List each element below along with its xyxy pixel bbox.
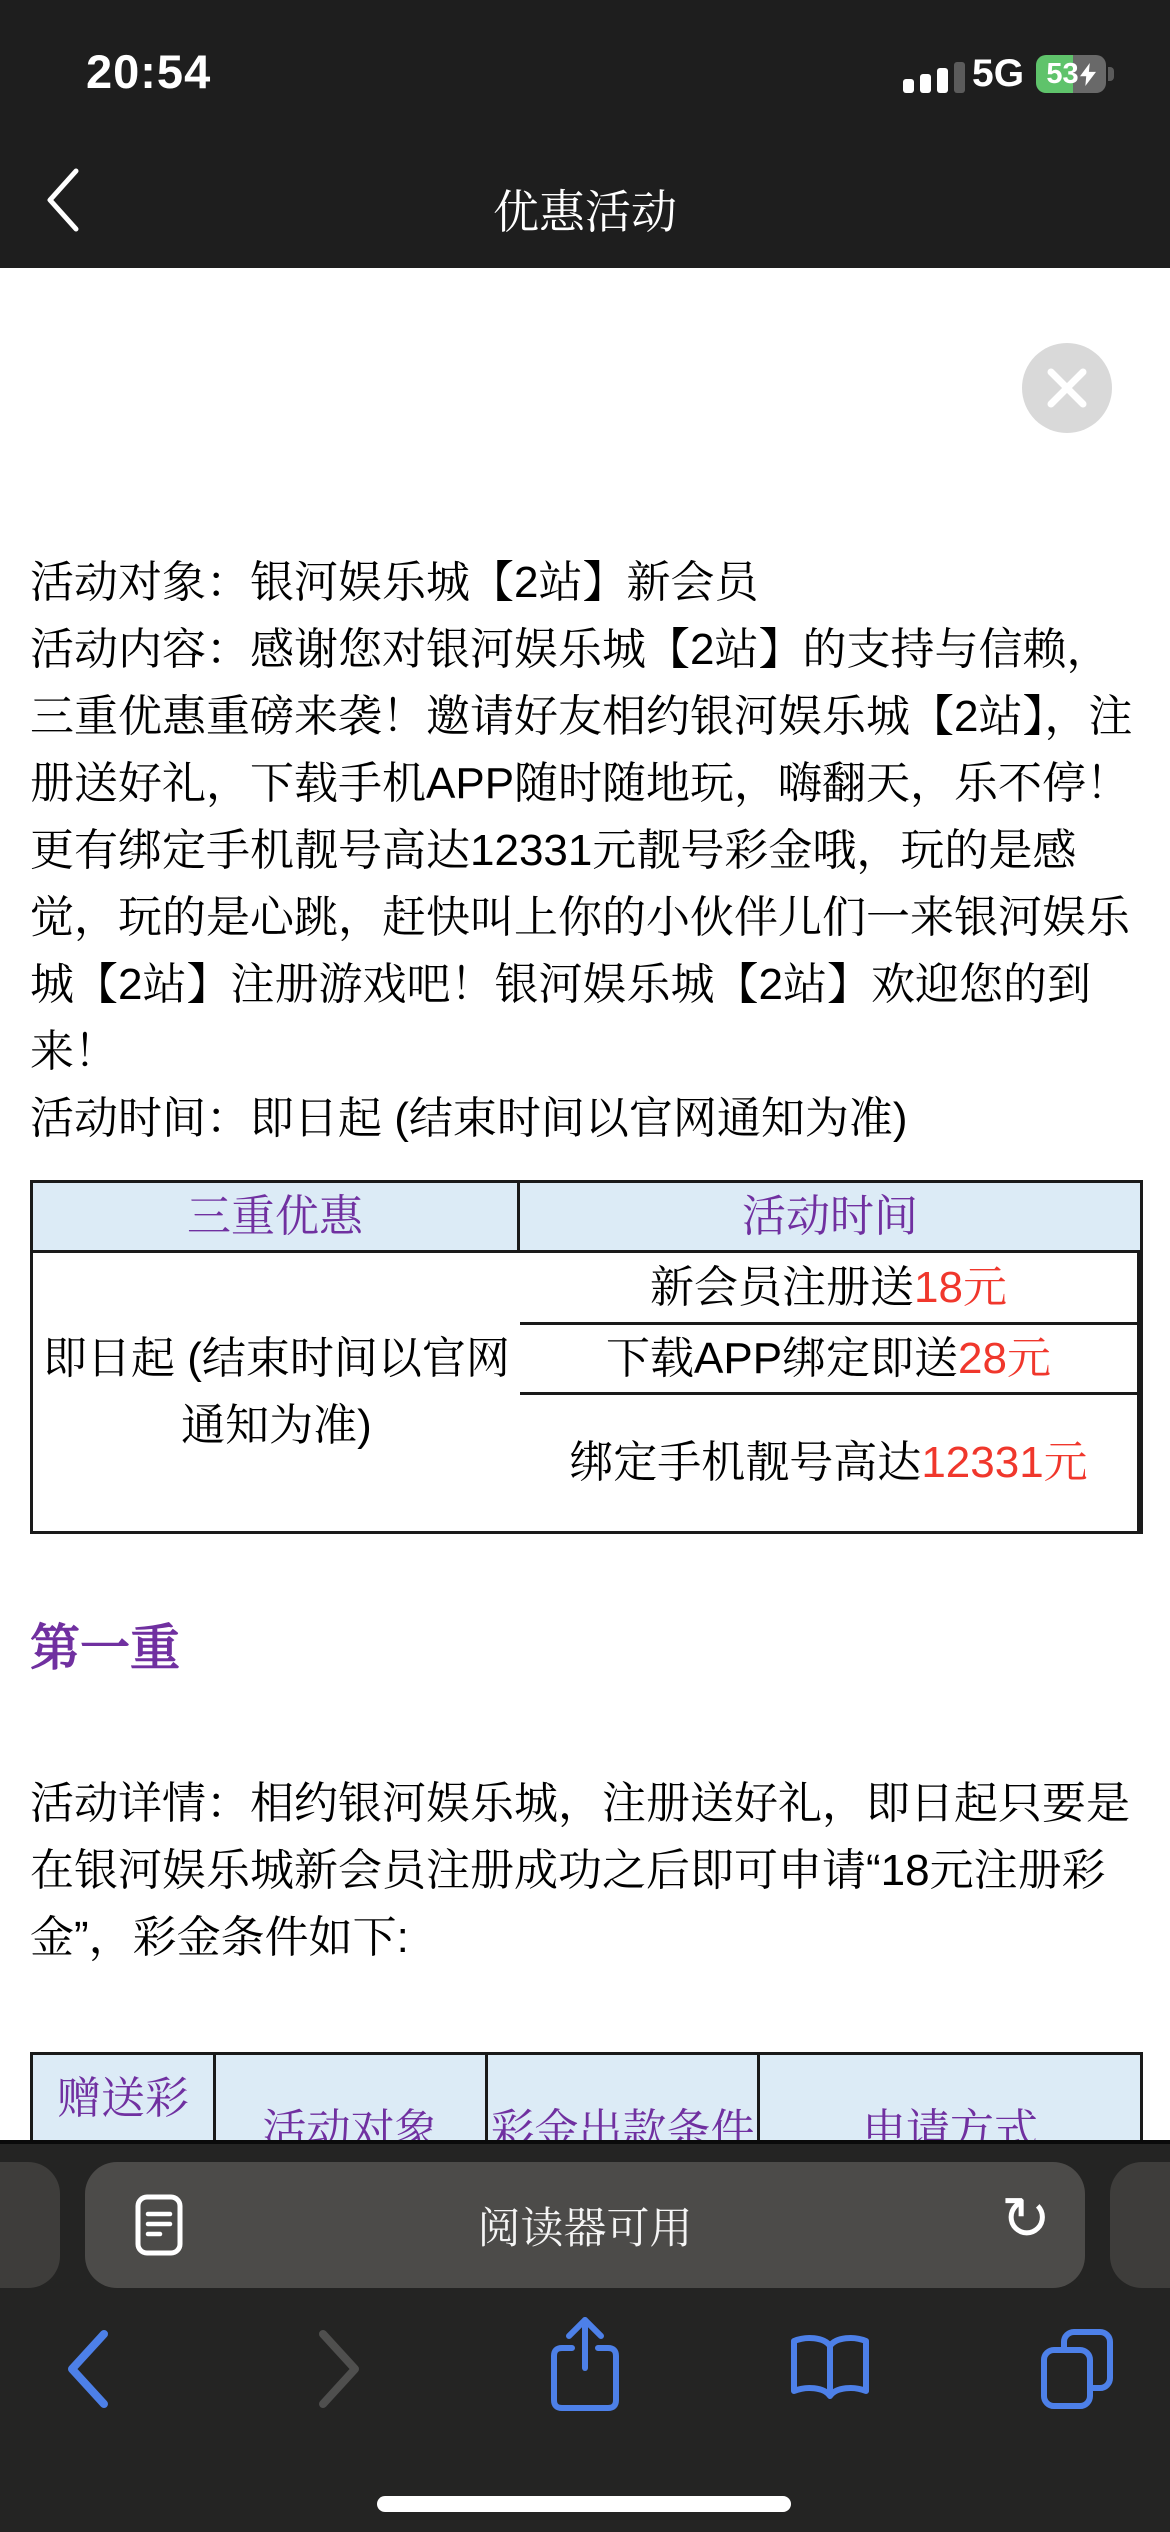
offers-table: 三重优惠 活动时间 新会员注册送18元 即日起 (结束时间以官网通知为准) 下载… — [30, 1180, 1143, 1534]
back-chevron-icon — [56, 2326, 120, 2412]
bookmarks-button[interactable] — [784, 2332, 876, 2411]
bonus-header-apply: 申请方式 — [760, 2055, 1140, 2140]
network-type-label: 5G — [972, 52, 1024, 96]
home-indicator[interactable] — [377, 2496, 791, 2512]
previous-tab-pill[interactable] — [0, 2162, 60, 2288]
reader-available-label: 阅读器可用 — [478, 2195, 693, 2256]
address-bar[interactable]: 阅读器可用 ↻ — [85, 2162, 1085, 2288]
intro-paragraphs: 活动对象：银河娱乐城【2站】新会员 活动内容：感谢您对银河娱乐城【2站】的支持与… — [30, 549, 1142, 1152]
offer-2-text: 下载APP绑定即送 — [606, 1334, 958, 1383]
section-heading: 第一重 — [30, 1608, 180, 1680]
top-bar: 20:54 5G 53 优惠活动 — [0, 0, 1170, 268]
intro-content-line: 活动内容：感谢您对银河娱乐城【2站】的支持与信赖，三重优惠重磅来袭！邀请好友相约… — [30, 616, 1142, 1085]
page-title: 优惠活动 — [0, 176, 1170, 242]
offer-row-2: 下载APP绑定即送28元 — [520, 1325, 1140, 1395]
offer-row-1: 新会员注册送18元 — [520, 1253, 1140, 1325]
reload-button[interactable]: ↻ — [1001, 2184, 1051, 2254]
offer-2-amount: 28元 — [958, 1334, 1051, 1383]
share-button[interactable] — [542, 2312, 628, 2421]
offer-1-text: 新会员注册送 — [650, 1263, 914, 1312]
offer-3-text: 绑定手机靓号高达 — [569, 1438, 921, 1487]
book-icon — [784, 2332, 876, 2406]
battery-nub — [1108, 67, 1114, 81]
web-content: 活动对象：银河娱乐城【2站】新会员 活动内容：感谢您对银河娱乐城【2站】的支持与… — [0, 268, 1170, 2140]
offer-1-amount: 18元 — [914, 1263, 1007, 1312]
bonus-header-withdraw: 彩金出款条件 — [488, 2055, 760, 2140]
safari-bottom-chrome: 阅读器可用 ↻ — [0, 2140, 1170, 2532]
battery-percent: 53 — [1046, 58, 1078, 91]
offers-header-time: 活动时间 — [520, 1183, 1140, 1253]
offers-time-cell: 即日起 (结束时间以官网通知为准) — [33, 1253, 520, 1531]
next-tab-pill[interactable] — [1110, 2162, 1170, 2288]
iphone-screen: 20:54 5G 53 优惠活动 活动对象：银河娱乐城【2站】新会 — [0, 0, 1170, 2532]
forward-button[interactable] — [307, 2326, 371, 2417]
bonus-header-gift: 赠送彩 — [33, 2055, 216, 2140]
cellular-signal-icon — [903, 56, 965, 93]
forward-chevron-icon — [307, 2326, 371, 2412]
close-button[interactable] — [1022, 343, 1112, 433]
tabs-button[interactable] — [1034, 2326, 1120, 2417]
bonus-header-target: 活动对象 — [216, 2055, 488, 2140]
tabs-icon — [1034, 2326, 1120, 2412]
status-time: 20:54 — [86, 44, 211, 99]
offers-header-offer: 三重优惠 — [33, 1183, 520, 1253]
battery-icon: 53 — [1036, 55, 1106, 93]
charging-bolt-icon — [1080, 62, 1096, 87]
section-detail-paragraph: 活动详情：相约银河娱乐城，注册送好礼，即日起只要是在银河娱乐城新会员注册成功之后… — [30, 1770, 1142, 1971]
reader-button[interactable] — [135, 2194, 183, 2261]
share-icon — [542, 2312, 628, 2416]
intro-time-line: 活动时间：即日起 (结束时间以官网通知为准) — [30, 1085, 1142, 1152]
back-button[interactable] — [56, 2326, 120, 2417]
reader-icon — [135, 2194, 183, 2256]
offer-3-amount: 12331元 — [921, 1438, 1087, 1487]
reload-icon: ↻ — [1001, 2184, 1051, 2254]
offer-row-3: 绑定手机靓号高达12331元 — [520, 1395, 1140, 1531]
close-icon — [1022, 343, 1112, 433]
intro-object-line: 活动对象：银河娱乐城【2站】新会员 — [30, 549, 1142, 616]
bonus-conditions-table: 赠送彩 活动对象 彩金出款条件 申请方式 — [30, 2052, 1143, 2140]
